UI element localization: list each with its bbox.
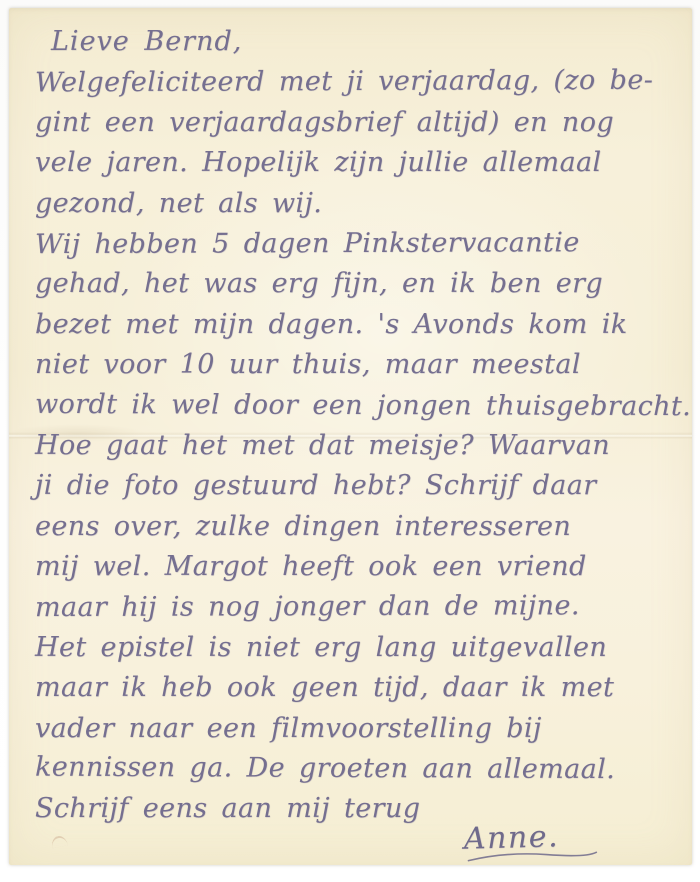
- letter-line: niet voor 10 uur thuis, maar meestal: [35, 345, 680, 385]
- letter-line: vele jaren. Hopelijk zijn jullie allemaa…: [35, 143, 680, 183]
- letter-line: maar ik heb ook geen tijd, daar ik met: [35, 668, 680, 708]
- letter-line: Het epistel is niet erg lang uitgevallen: [35, 628, 680, 668]
- letter-line: mij wel. Margot heeft ook een vriend: [35, 547, 680, 587]
- letter-line: kennissen ga. De groeten aan allemaal.: [35, 748, 680, 791]
- letter-line: gehad, het was erg fijn, en ik ben erg: [35, 264, 680, 304]
- salutation-line: Lieve Bernd,: [35, 22, 680, 62]
- letter-line: maar hij is nog jonger dan de mijne.: [35, 586, 680, 629]
- letter-line: wordt ik wel door een jongen thuisgebrac…: [35, 384, 680, 427]
- letter-line: vader naar een filmvoorstelling bij: [35, 709, 680, 749]
- letter-line: Welgefeliciteerd met ji verjaardag, (zo …: [35, 61, 680, 104]
- letter-line: gezond, net als wij.: [35, 184, 680, 224]
- letter-line: ji die foto gestuurd hebt? Schrijf daar: [35, 466, 680, 506]
- letter-line: Hoe gaat het met dat meisje? Waarvan: [35, 426, 680, 466]
- letter-line: gint een verjaardagsbrief altijd) en nog: [35, 103, 680, 143]
- letter-line: eens over, zulke dingen interesseren: [35, 507, 680, 547]
- letter-line: bezet met mijn dagen. 's Avonds kom ik: [35, 305, 680, 345]
- signature-block: Anne.: [463, 818, 598, 864]
- letter-text: Lieve Bernd, Welgefeliciteerd met ji ver…: [35, 22, 680, 830]
- scan-background: Lieve Bernd, Welgefeliciteerd met ji ver…: [0, 0, 700, 882]
- letter-paper: Lieve Bernd, Welgefeliciteerd met ji ver…: [9, 8, 692, 865]
- paper-corner-mark: [50, 834, 68, 848]
- letter-line: Wij hebben 5 dagen Pinkstervacantie: [35, 223, 680, 266]
- signature-name: Anne.: [463, 819, 559, 856]
